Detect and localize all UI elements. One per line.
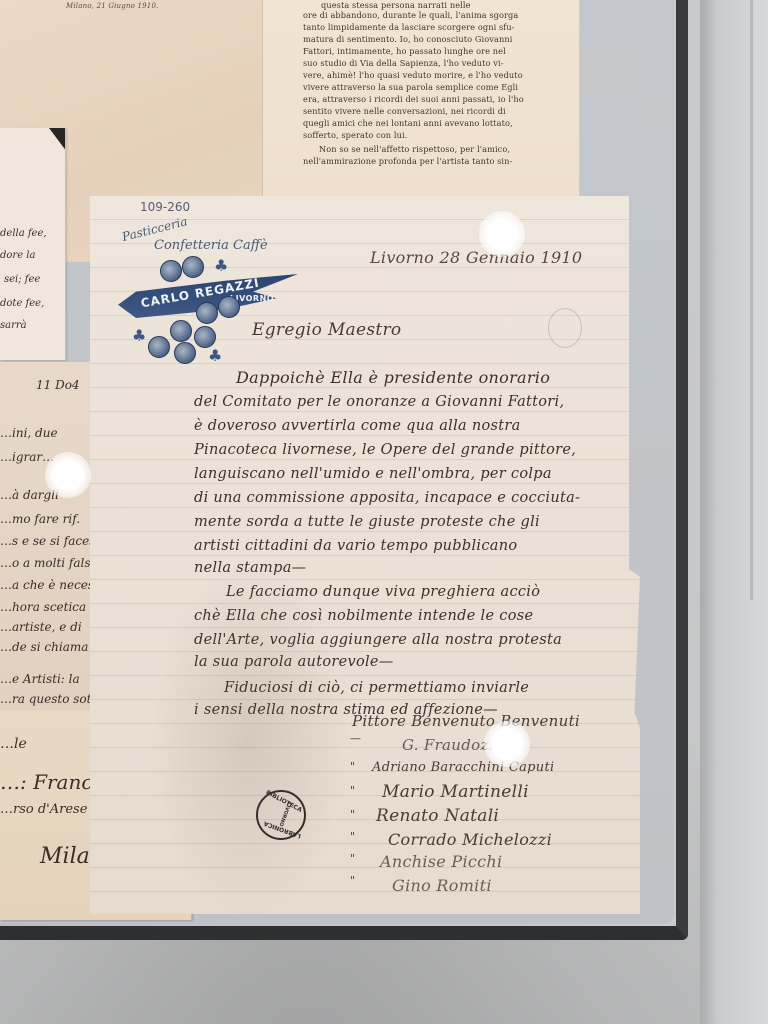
main-letter: 109-260 Pasticceria Confetteria Caffè CA… [90,196,640,914]
letter-date: Livorno 28 Gennaio 1910 [370,248,582,267]
print-line: vivere attraverso la sua parola semplice… [303,82,518,92]
print-line: ore di abbandono, durante le quali, l'an… [303,10,518,20]
print-line: matura di sentimento. Io, ho conosciuto … [303,34,512,44]
print-line: suo studio di Via della Sapienza, l'ho v… [303,58,504,68]
signature: Corrado Michelozzi [388,830,552,849]
handwritten-line: …artiste, e di [0,620,82,634]
handwritten-line: …mo fare rif. [0,512,80,526]
ditto-mark: " [350,852,355,865]
ditto-mark: " [350,760,355,773]
print-line: tanto limpidamente da lasciare scorgere … [303,22,515,32]
medal-icon [170,320,192,342]
photo-corner [49,128,66,152]
medal-icon [218,296,240,318]
handwritten-line: …hora scetica [0,600,86,614]
handwritten-line: sarrà [0,320,27,331]
ditto-mark: " [350,808,355,821]
print-line: sentito vivere nelle conversazioni, nei … [303,106,506,116]
medal-icon [160,260,182,282]
printed-book-page: questa stessa persona narrati nelle ore … [262,0,580,200]
print-line: era, attraverso i ricordi dei suoi anni … [303,94,524,104]
faint-embossed-stamp [548,308,582,348]
body-line: Dappoichè Ella è presidente onorario [236,368,550,387]
body-line: artisti cittadini da vario tempo pubblic… [194,538,517,554]
print-line: Non so se nell'affetto rispettoso, per l… [319,144,510,154]
print-line: sofferto, sperato con lui. [303,130,407,140]
signature: Anchise Picchi [380,852,502,871]
handwritten-line: …ra questo sotto [0,692,104,706]
medal-icon [194,326,216,348]
body-line: dell'Arte, voglia aggiungere alla nostra… [194,632,562,648]
body-line: Pinacoteca livornese, le Opere del grand… [194,442,576,458]
print-line: nell'ammirazione profonda per l'artista … [303,156,512,166]
handwritten-line: …o a molti falsi [0,556,94,570]
body-line: languiscano nell'umido e nell'ombra, per… [194,466,552,482]
signature: Pittore Benvenuto Benvenuti [352,712,580,730]
handwritten-line: della fee, [0,228,47,239]
light-reflection [479,211,525,257]
handwritten-line: …igrar… [0,450,54,464]
address-line: …le [0,736,27,752]
handwritten-line: …e Artisti: la [0,672,80,686]
print-line: vere, ahimè! l'ho quasi veduto morire, e… [303,70,523,80]
page-caption: Milano, 21 Giugno 1910. [66,2,159,10]
ditto-mark: " [350,784,355,797]
light-reflection [45,452,91,498]
signature: Gino Romiti [392,876,492,895]
handwritten-line: dote fee, [0,298,44,309]
display-case-glass-edge [700,0,768,1024]
archive-number: 109-260 [140,200,190,214]
body-line: nella stampa— [194,560,306,576]
body-line: chè Ella che così nobilmente intende le … [194,608,533,624]
body-line: mente sorda a tutte le giuste proteste c… [194,514,540,530]
body-line: Fiduciosi di ciò, ci permettiamo inviarl… [224,680,529,696]
library-stamp: BIBLIOTECA LIVORNO LABRONICA [256,790,306,840]
print-line: quegli amici che nei lontani anni avevan… [303,118,513,128]
ditto-mark: — [350,732,361,745]
body-line: Le facciamo dunque viva preghiera acciò [226,584,540,600]
ditto-mark: " [350,830,355,843]
handwritten-line: …ini, due [0,426,58,440]
signature: Adriano Baracchini Caputi [372,760,554,775]
handwritten-line: dore la [0,250,35,261]
medal-icon [182,256,204,278]
library-stamp-middle: LIVORNO [278,801,292,827]
medal-icon [174,342,196,364]
note-card-left: della fee, dore la sei; fee dote fee, sa… [0,128,66,360]
clover-icon: ♣ [214,256,228,275]
body-line: è doveroso avvertirla come qua alla nost… [194,418,521,434]
handwritten-line: …de si chiama [0,640,88,654]
print-line: questa stessa persona narrati nelle [321,0,471,10]
medal-icon [148,336,170,358]
clover-icon: ♣ [132,326,146,345]
letterhead-line2: Confetteria Caffè [154,238,268,253]
signature: Mario Martinelli [382,782,529,802]
clover-icon: ♣ [208,346,222,365]
print-line: Fattori, intimamente, ho passato lunghe … [303,46,506,56]
body-line: la sua parola autorevole— [194,654,394,670]
body-line: del Comitato per le onoranze a Giovanni … [194,394,564,410]
handwritten-line: sei; fee [4,274,40,285]
body-line: di una commissione apposita, incapace e … [194,490,580,506]
ditto-mark: " [350,874,355,887]
light-reflection [484,721,530,767]
letterhead: Pasticceria Confetteria Caffè CARLO REGA… [110,230,290,360]
signature: Renato Natali [376,806,499,826]
letter-header: 11 Do4 [36,378,80,392]
medal-icon [196,302,218,324]
letter-salutation: Egregio Maestro [252,320,401,340]
